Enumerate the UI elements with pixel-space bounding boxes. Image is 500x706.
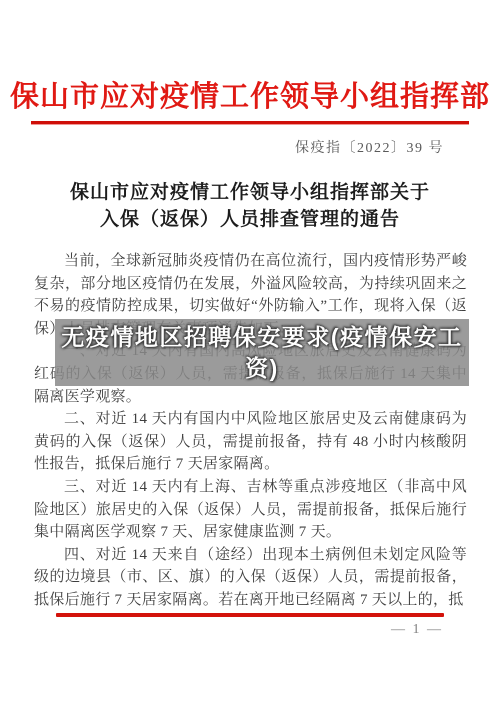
letterhead-agency: 保山市应对疫情工作领导小组指挥部 [0,80,500,114]
caption-overlay-text: 无疫情地区招聘保安要求(疫情保安工资) [55,322,469,384]
paragraph-item-2: 二、对近 14 天内有国内中风险地区旅居史及云南健康码为黄码的入保（返保）人员，… [34,408,467,476]
paragraph-item-3: 三、对近 14 天内有上海、吉林等重点涉疫地区（非高中风险地区）旅居史的入保（返… [34,476,467,544]
notice-title-line2: 入保（返保）人员排查管理的通告 [30,206,470,233]
paragraph-item-4: 四、对近 14 天来自（途经）出现本土病例但未划定风险等级的边境县（市、区、旗）… [34,544,467,612]
footer-divider [56,613,444,617]
document-page: 保山市应对疫情工作领导小组指挥部 保疫指〔2022〕39 号 保山市应对疫情工作… [0,0,500,706]
notice-title: 保山市应对疫情工作领导小组指挥部关于 入保（返保）人员排查管理的通告 [30,179,470,233]
caption-overlay: 无疫情地区招聘保安要求(疫情保安工资) [55,319,469,386]
notice-body: 当前，全球新冠肺炎疫情仍在高位流行，国内疫情形势严峻复杂，部分地区疫情仍在发展，… [34,250,467,612]
notice-title-line1: 保山市应对疫情工作领导小组指挥部关于 [30,179,470,206]
page-number: — 1 — [391,622,443,638]
doc-number: 保疫指〔2022〕39 号 [0,137,500,157]
letterhead-divider [31,121,469,124]
